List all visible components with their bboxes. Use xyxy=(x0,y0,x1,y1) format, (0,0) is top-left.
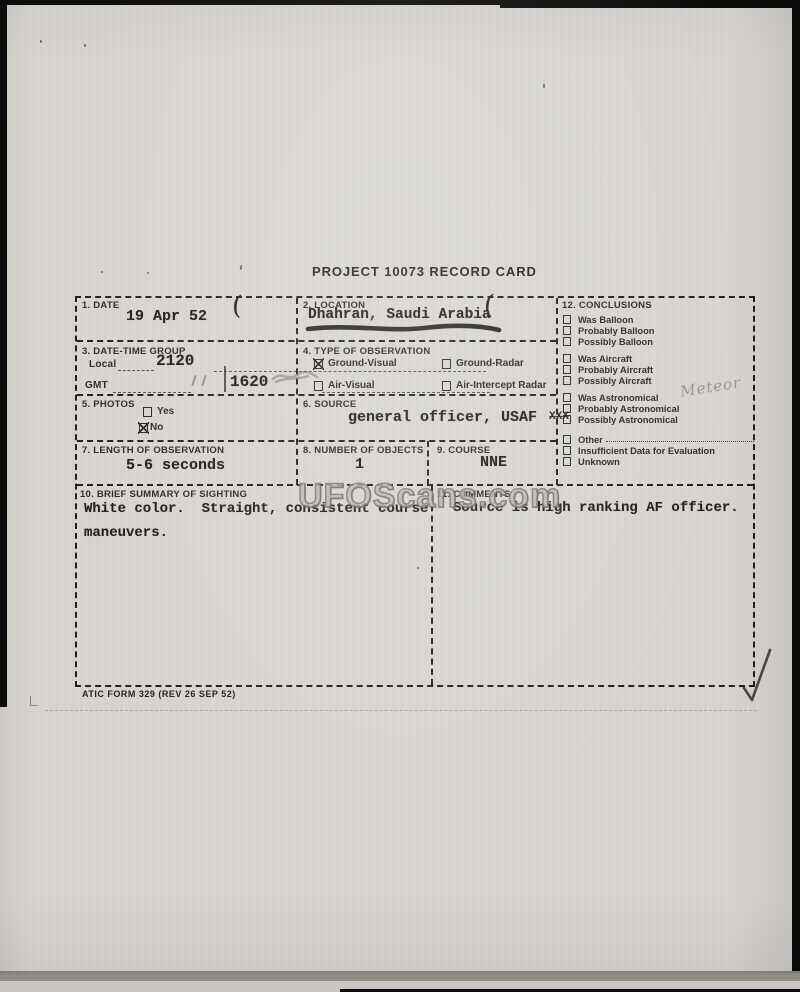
course-value: NNE xyxy=(480,454,507,471)
typed-selection-mark: XXX xyxy=(549,411,569,423)
x-mark-icon xyxy=(313,358,324,370)
scan-speck xyxy=(543,84,545,88)
fill-in-line xyxy=(606,441,754,442)
checkbox-icon xyxy=(314,381,323,391)
scan-speck xyxy=(147,272,149,274)
conclusion-item: Possibly Balloon xyxy=(560,336,754,347)
conclusion-item: Possibly Astronomical xyxy=(560,414,754,425)
conclusion-label: Possibly Aircraft xyxy=(578,376,652,386)
checkbox-icon xyxy=(563,435,571,444)
conclusion-label: Probably Aircraft xyxy=(578,365,653,375)
checkbox-icon xyxy=(563,393,571,402)
fill-in-line xyxy=(113,392,191,393)
fill-in-line xyxy=(214,371,486,372)
conclusion-item: Unknown xyxy=(560,456,754,467)
photos-label: 5. PHOTOS xyxy=(82,399,135,410)
conclusion-item: Insufficient Data for Evaluation xyxy=(560,445,754,456)
conclusion-label: Possibly Balloon xyxy=(578,337,653,347)
checkbox-icon xyxy=(563,457,571,466)
checkbox-icon xyxy=(314,359,323,369)
x-mark-icon xyxy=(138,422,149,434)
checkbox-icon xyxy=(563,315,571,324)
option-label: Ground-Radar xyxy=(456,358,524,369)
faint-scan-line xyxy=(45,710,757,711)
card-rule-horizontal xyxy=(77,440,556,442)
option-photos-yes: Yes xyxy=(143,406,174,417)
conclusion-item: Probably Astronomical xyxy=(560,403,754,414)
number-of-objects-label: 8. NUMBER OF OBJECTS xyxy=(303,445,424,456)
length-of-observation-value: 5-6 seconds xyxy=(126,457,225,474)
brief-summary-line2: maneuvers. xyxy=(84,525,168,541)
checkbox-icon xyxy=(563,446,571,455)
location-value: Dhahran, Saudi Arabia xyxy=(308,307,491,323)
watermark: UFOScans.com xyxy=(298,477,561,516)
card-rule-vertical xyxy=(556,298,558,485)
gmt-time-value: 1620 xyxy=(230,373,268,391)
type-of-observation-label: 4. TYPE OF OBSERVATION xyxy=(303,346,430,357)
scan-speck xyxy=(84,44,86,47)
option-label: No xyxy=(150,422,163,433)
conclusion-label: Probably Astronomical xyxy=(578,404,679,414)
source-value: general officer, USAF xyxy=(348,409,537,426)
scan-edge-top-right xyxy=(500,0,800,8)
checkbox-icon xyxy=(563,326,571,335)
conclusion-label: Probably Balloon xyxy=(578,326,654,336)
checkbox-icon xyxy=(563,354,571,363)
option-ground-radar: Ground-Radar xyxy=(442,358,524,369)
checkbox-icon xyxy=(442,381,451,391)
pencil-scribble xyxy=(270,367,320,385)
brief-summary-label: 10. BRIEF SUMMARY OF SIGHTING xyxy=(80,489,247,500)
option-ground-visual: Ground-Visual xyxy=(314,358,397,369)
conclusion-label: Insufficient Data for Evaluation xyxy=(578,446,715,456)
pencil-corner-mark xyxy=(738,646,778,708)
conclusion-label: Was Balloon xyxy=(578,315,633,325)
conclusion-item: Probably Aircraft xyxy=(560,364,754,375)
conclusion-item: Was Balloon xyxy=(560,314,754,325)
scan-speck xyxy=(40,40,42,43)
card-rule-vertical xyxy=(296,298,298,485)
paper-bottom-edge-shadow xyxy=(0,971,800,981)
checkbox-icon xyxy=(139,423,148,433)
fill-in-line xyxy=(118,370,154,371)
length-of-observation-label: 7. LENGTH OF OBSERVATION xyxy=(82,445,224,456)
card-rule-horizontal xyxy=(77,340,556,342)
option-air-visual: Air-Visual xyxy=(314,380,375,391)
card-rule-horizontal xyxy=(77,394,556,396)
pencil-tick xyxy=(30,696,38,706)
conclusion-label: Was Astronomical xyxy=(578,393,658,403)
conclusion-item: Probably Balloon xyxy=(560,325,754,336)
handwritten-paren: ( xyxy=(231,291,243,322)
conclusion-label: Other xyxy=(578,435,603,445)
conclusion-label: Unknown xyxy=(578,457,620,467)
number-of-objects-value: 1 xyxy=(355,456,364,473)
date-label: 1. DATE xyxy=(82,300,119,311)
checkbox-icon xyxy=(563,365,571,374)
date-value: 19 Apr 52 xyxy=(126,308,207,325)
checkbox-icon xyxy=(442,359,451,369)
gmt-label: GMT xyxy=(85,380,108,391)
conclusion-item: Was Aircraft xyxy=(560,353,754,364)
option-label: Ground-Visual xyxy=(328,358,397,369)
conclusions-label: 12. CONCLUSIONS xyxy=(562,300,652,311)
scan-speck xyxy=(101,271,103,273)
local-time-value: 2120 xyxy=(156,352,194,370)
stray-vertical-mark xyxy=(224,366,226,392)
location-underline xyxy=(304,322,504,335)
conclusion-item: Other xyxy=(560,434,754,445)
checkbox-icon xyxy=(143,407,152,417)
scan-edge-right xyxy=(792,4,800,992)
option-air-intercept-radar: Air-Intercept Radar xyxy=(442,380,547,391)
checkbox-icon xyxy=(563,376,571,385)
checkbox-icon xyxy=(563,337,571,346)
option-label: Air-Visual xyxy=(328,380,375,391)
option-photos-no: No xyxy=(139,422,163,433)
conclusion-label: Possibly Astronomical xyxy=(578,415,678,425)
form-number-footer: ATIC FORM 329 (REV 26 SEP 52) xyxy=(82,689,236,699)
fill-in-line xyxy=(322,392,490,393)
page-title: PROJECT 10073 RECORD CARD xyxy=(312,264,537,279)
option-label: Yes xyxy=(157,406,174,417)
scan-edge-left xyxy=(0,0,7,707)
conclusion-label: Was Aircraft xyxy=(578,354,632,364)
option-label: Air-Intercept Radar xyxy=(456,380,547,391)
local-label: Local xyxy=(89,359,116,370)
scanned-record-card-page: PROJECT 10073 RECORD CARD 1. DATE 19 Apr… xyxy=(0,0,800,992)
